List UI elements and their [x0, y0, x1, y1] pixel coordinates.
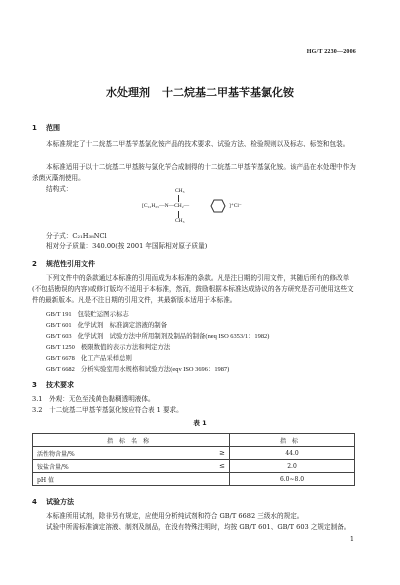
bond-top: [178, 195, 179, 202]
section-number: 4: [32, 498, 46, 506]
formula-bottom-methyl: CH₃: [175, 218, 185, 224]
table-row: 活性物含量/% ≥ 44.0: [33, 447, 355, 460]
reference-item: GB/T 6678化工产品采样总则: [46, 353, 132, 362]
table-row: pH 值 6.0~8.0: [33, 473, 355, 486]
section4-heading: 4试验方法: [32, 497, 74, 507]
molecular-weight: 相对分子质量：340.00(按 2001 年国际相对原子质量): [46, 241, 207, 252]
reference-item: GB/T 6682分析实验室用水规格和试验方法(eqv ISO 3696：198…: [46, 364, 229, 373]
reference-item: GB/T 603化学试剂 试验方法中所用制剂及制品的制备(neq ISO 635…: [46, 331, 269, 340]
section-title: 范围: [46, 124, 60, 132]
section-number: 3: [32, 381, 46, 389]
section1-para2: 本标准适用于以十二烷基二甲基胺与氯化苄合成制得的十二烷基二甲基苄基氯化铵。该产品…: [32, 162, 357, 184]
document-title: 水处理剂十二烷基二甲基苄基氯化铵: [0, 84, 400, 100]
reference-item: GB/T 601化学试剂 标准滴定溶液的制备: [46, 320, 167, 329]
formula-top-methyl: CH₃: [175, 188, 185, 194]
bond-bottom: [178, 211, 179, 218]
section2-heading: 2规范性引用文件: [32, 259, 95, 269]
reference-item: GB/T 191包装贮运图示标志: [46, 309, 129, 318]
header-indicator: 指标: [230, 434, 355, 447]
header-indicator-name: 指标名称: [33, 434, 230, 447]
table-header-row: 指标名称 指标: [33, 434, 355, 447]
section-number: 1: [32, 124, 46, 132]
requirements-table: 指标名称 指标 活性物含量/% ≥ 44.0 铵盐含量/% ≤ 2.0 pH 值…: [32, 433, 355, 486]
page-number: 1: [350, 535, 354, 543]
section1-heading: 1范围: [32, 123, 60, 133]
table-row: 铵盐含量/% ≤ 2.0: [33, 460, 355, 473]
formula-left: [C₁₂H₂₅—N—CH₂—: [142, 203, 189, 209]
title-part2: 十二烷基二甲基苄基氯化铵: [162, 86, 294, 99]
section-title: 规范性引用文件: [46, 260, 95, 268]
section-title: 试验方法: [46, 498, 74, 506]
formula-right: ]⁺Cl⁻: [229, 203, 242, 209]
section4-para1: 本标准所用试剂，除非另有规定，应使用分析纯试剂和符合 GB/T 6682 三级水…: [46, 511, 303, 522]
reference-item: GB/T 1250极限数值的表示方法和判定方法: [46, 342, 170, 351]
section1-para1: 本标准规定了十二烷基二甲基苄基氯化铵产品的技术要求、试验方法、检验规则以及标志、…: [32, 139, 357, 150]
section4-para2: 试验中所需标准滴定溶液、制剂及制品，在没有特殊注明时，均按 GB/T 601、G…: [46, 522, 350, 533]
structural-formula: CH₃ [C₁₂H₂₅—N—CH₂— ]⁺Cl⁻ CH₃: [142, 188, 262, 232]
table-caption: 表 1: [0, 418, 400, 427]
section2-para: 下列文件中的条款通过本标准的引用而成为本标准的条款。凡是注日期的引用文件，其随后…: [32, 273, 357, 306]
section-title: 技术要求: [46, 381, 74, 389]
requirement-3-1: 3.1 外观：无色至浅黄色黏稠透明液体。: [32, 394, 155, 405]
title-part1: 水处理剂: [106, 86, 150, 99]
standard-number: HG/T 2230—2006: [307, 49, 356, 55]
section3-heading: 3技术要求: [32, 380, 74, 390]
requirement-3-2: 3.2 十二烷基二甲基苄基氯化铵应符合表 1 要求。: [32, 405, 183, 416]
benzene-ring-icon: [210, 199, 226, 213]
section-number: 2: [32, 260, 46, 268]
structure-label: 结构式：: [46, 184, 72, 195]
